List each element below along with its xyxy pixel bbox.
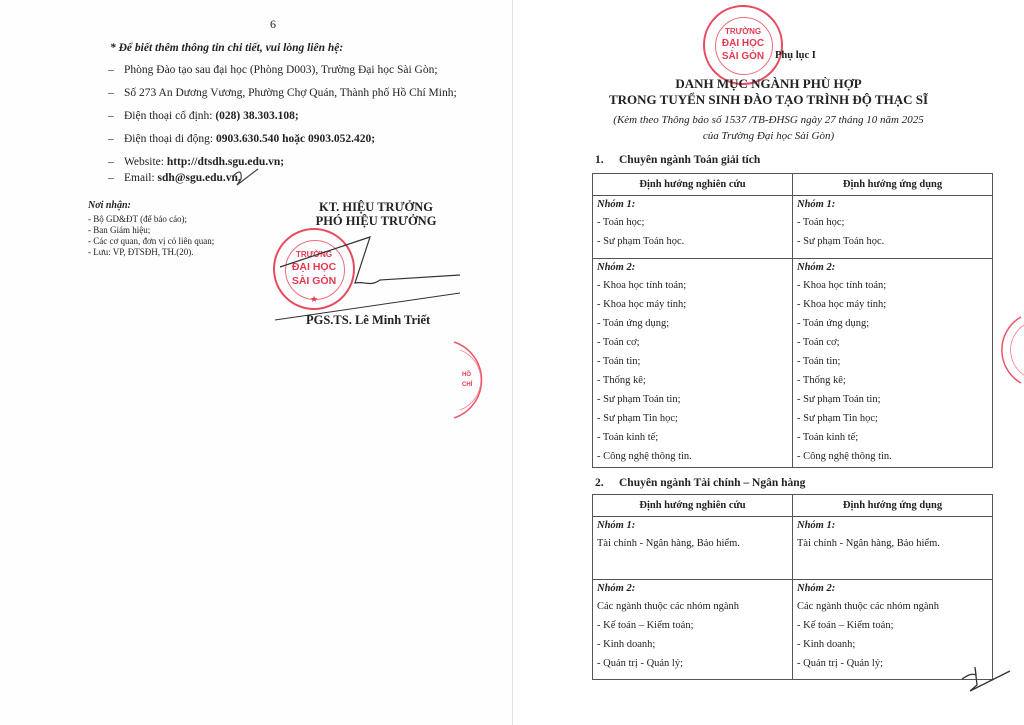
section-number: 1.: [595, 154, 619, 166]
major-item: - Toán học;: [797, 213, 988, 232]
major-item: - Toán kinh tế;: [597, 428, 788, 447]
bullet-dash: –: [108, 64, 124, 76]
contact-label: Website:: [124, 156, 167, 168]
table-row: Nhóm 1:- Toán học;- Sư phạm Toán học.Nhó…: [593, 196, 993, 259]
applied-cell: Nhóm 1:- Toán học;- Sư phạm Toán học.: [793, 196, 993, 259]
majors-table: Định hướng nghiên cứuĐịnh hướng ứng dụng…: [592, 494, 993, 680]
group-label: Nhóm 2:: [797, 259, 988, 276]
group-label: Nhóm 1:: [797, 517, 988, 534]
major-item: Các ngành thuộc các nhóm ngành: [797, 597, 988, 616]
contact-label: Điện thoại di động:: [124, 133, 216, 145]
research-cell: Nhóm 1:Tài chính - Ngân hàng, Bảo hiểm.: [593, 517, 793, 580]
major-item: - Thống kê;: [797, 371, 988, 390]
document-title-1: DANH MỤC NGÀNH PHÙ HỢP: [513, 76, 1024, 92]
major-item: - Sư phạm Toán tin;: [597, 390, 788, 409]
column-header: Định hướng nghiên cứu: [593, 174, 793, 196]
initials-mark: [958, 665, 1018, 700]
contact-item: –Email: sdh@sgu.edu.vn.: [108, 172, 241, 184]
column-header: Định hướng ứng dụng: [793, 495, 993, 517]
stamp-text-2: ĐẠI HỌC: [705, 38, 781, 49]
appendix-label: Phụ lục I: [775, 50, 816, 61]
major-item: - Toán kinh tế;: [797, 428, 988, 447]
contact-value[interactable]: http://dtsdh.sgu.edu.vn;: [167, 156, 284, 168]
major-item: Tài chính - Ngân hàng, Bảo hiểm.: [797, 534, 988, 553]
recipient-item: - Lưu: VP, ĐTSĐH, TH.(20).: [88, 247, 194, 257]
section-number: 2.: [595, 477, 619, 489]
major-item: - Khoa học máy tính;: [797, 295, 988, 314]
major-item: - Toán ứng dụng;: [597, 314, 788, 333]
major-item: - Quản trị - Quản lý;: [597, 654, 788, 673]
group-label: Nhóm 1:: [597, 196, 788, 213]
section-title: Chuyên ngành Tài chính – Ngân hàng: [619, 477, 805, 489]
section-heading: 1.Chuyên ngành Toán giải tích: [595, 154, 760, 166]
bullet-dash: –: [108, 156, 124, 168]
major-item: - Sư phạm Tin học;: [797, 409, 988, 428]
group-label: Nhóm 2:: [797, 580, 988, 597]
recipient-item: - Các cơ quan, đơn vị có liên quan;: [88, 236, 214, 246]
major-item: - Kế toán – Kiểm toán;: [797, 616, 988, 635]
bullet-dash: –: [108, 172, 124, 184]
major-item: - Sư phạm Toán học.: [797, 232, 988, 251]
major-item: - Kinh doanh;: [597, 635, 788, 654]
partial-stamp-mark: HỒ CHÍ: [440, 340, 480, 420]
major-item: - Công nghệ thông tin.: [797, 447, 988, 466]
subtitle-2: của Trường Đại học Sài Gòn): [513, 130, 1024, 142]
contact-label: Phòng Đào tạo sau đại học (Phòng D003), …: [124, 64, 438, 76]
major-item: - Sư phạm Tin học;: [597, 409, 788, 428]
stamp-text-3: SÀI GÒN: [705, 51, 781, 62]
partial-stamp-mark: [993, 315, 1024, 385]
research-cell: Nhóm 2:- Khoa học tính toán;- Khoa học m…: [593, 259, 793, 468]
group-label: Nhóm 1:: [597, 517, 788, 534]
major-item: - Toán tin;: [797, 352, 988, 371]
stamp-text-1: TRƯỜNG: [705, 27, 781, 36]
recipient-item: - Bộ GD&ĐT (để báo cáo);: [88, 214, 187, 224]
major-item: - Toán học;: [597, 213, 788, 232]
major-item: - Thống kê;: [597, 371, 788, 390]
major-item: - Khoa học máy tính;: [597, 295, 788, 314]
major-item: - Công nghệ thông tin.: [597, 447, 788, 466]
table-row: Nhóm 1:Tài chính - Ngân hàng, Bảo hiểm.N…: [593, 517, 993, 580]
major-item: - Khoa học tính toán;: [797, 276, 988, 295]
table-row: Nhóm 2:Các ngành thuộc các nhóm ngành- K…: [593, 580, 993, 680]
recipients-heading: Nơi nhận:: [88, 200, 131, 211]
signature-mark: [270, 225, 470, 325]
signer-name: PGS.TS. Lê Minh Triết: [306, 313, 430, 328]
column-header: Định hướng ứng dụng: [793, 174, 993, 196]
major-item: - Kinh doanh;: [797, 635, 988, 654]
major-item: - Toán cơ;: [597, 333, 788, 352]
research-cell: Nhóm 2:Các ngành thuộc các nhóm ngành- K…: [593, 580, 793, 680]
table-row: Nhóm 2:- Khoa học tính toán;- Khoa học m…: [593, 259, 993, 468]
subtitle-1: (Kèm theo Thông báo số 1537 /TB-ĐHSG ngà…: [513, 114, 1024, 126]
group-label: Nhóm 2:: [597, 580, 788, 597]
research-cell: Nhóm 1:- Toán học;- Sư phạm Toán học.: [593, 196, 793, 259]
applied-cell: Nhóm 1:Tài chính - Ngân hàng, Bảo hiểm.: [793, 517, 993, 580]
contact-heading: * Để biết thêm thông tin chi tiết, vui l…: [110, 42, 343, 54]
major-item: - Khoa học tính toán;: [597, 276, 788, 295]
contact-item: –Phòng Đào tạo sau đại học (Phòng D003),…: [108, 64, 438, 76]
right-page: TRƯỜNG ĐẠI HỌC SÀI GÒN Phụ lục I DANH MỤ…: [513, 0, 1024, 725]
contact-value: (028) 38.303.108;: [215, 110, 298, 122]
section-title: Chuyên ngành Toán giải tích: [619, 154, 760, 166]
major-item: Các ngành thuộc các nhóm ngành: [597, 597, 788, 616]
svg-text:CHÍ: CHÍ: [462, 380, 473, 388]
contact-item: –Điện thoại cố định: (028) 38.303.108;: [108, 110, 299, 122]
major-item: - Toán cơ;: [797, 333, 988, 352]
majors-table: Định hướng nghiên cứuĐịnh hướng ứng dụng…: [592, 173, 993, 468]
initials-mark: [228, 165, 262, 187]
group-label: Nhóm 2:: [597, 259, 788, 276]
major-item: - Sư phạm Toán tin;: [797, 390, 988, 409]
bullet-dash: –: [108, 133, 124, 145]
document-title-2: TRONG TUYỂN SINH ĐÀO TẠO TRÌNH ĐỘ THẠC S…: [513, 92, 1024, 108]
page-number: 6: [270, 17, 276, 32]
table-header-row: Định hướng nghiên cứuĐịnh hướng ứng dụng: [593, 174, 993, 196]
svg-text:HỒ: HỒ: [462, 371, 471, 378]
signature-title-1: KT. HIỆU TRƯỞNG: [276, 200, 476, 215]
major-item: - Toán ứng dụng;: [797, 314, 988, 333]
recipient-item: - Ban Giám hiệu;: [88, 225, 150, 235]
contact-label: Điện thoại cố định:: [124, 110, 215, 122]
major-item: Tài chính - Ngân hàng, Bảo hiểm.: [597, 534, 788, 553]
bullet-dash: –: [108, 110, 124, 122]
major-item: - Toán tin;: [597, 352, 788, 371]
table-header-row: Định hướng nghiên cứuĐịnh hướng ứng dụng: [593, 495, 993, 517]
bullet-dash: –: [108, 87, 124, 99]
appendix-stamp: TRƯỜNG ĐẠI HỌC SÀI GÒN: [703, 5, 783, 85]
column-header: Định hướng nghiên cứu: [593, 495, 793, 517]
group-label: Nhóm 1:: [797, 196, 988, 213]
major-item: - Kế toán – Kiểm toán;: [597, 616, 788, 635]
major-item: - Sư phạm Toán học.: [597, 232, 788, 251]
left-page: 6 * Để biết thêm thông tin chi tiết, vui…: [0, 0, 512, 725]
contact-item: –Điện thoại di động: 0903.630.540 hoặc 0…: [108, 133, 375, 145]
contact-item: –Số 273 An Dương Vương, Phường Chợ Quán,…: [108, 87, 457, 99]
contact-value: 0903.630.540 hoặc 0903.052.420;: [216, 133, 375, 145]
section-heading: 2.Chuyên ngành Tài chính – Ngân hàng: [595, 477, 805, 489]
applied-cell: Nhóm 2:- Khoa học tính toán;- Khoa học m…: [793, 259, 993, 468]
contact-label: Email:: [124, 172, 158, 184]
contact-label: Số 273 An Dương Vương, Phường Chợ Quán, …: [124, 87, 457, 99]
